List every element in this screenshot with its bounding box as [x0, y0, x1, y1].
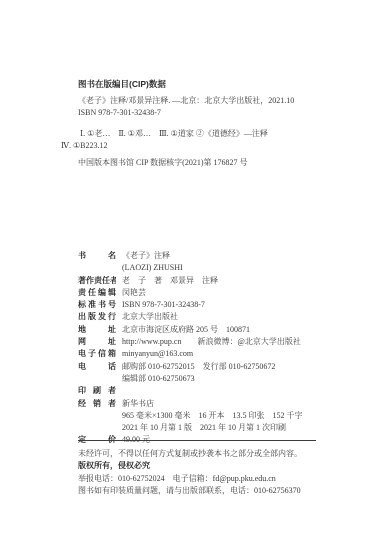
row-editor: 责任编辑 闵艳芸 [78, 287, 351, 299]
phones-line-1: 邮购部 010-62752015 发行部 010-62750672 [122, 361, 351, 373]
cip-isbn-line: ISBN 978-7-301-32438-7 [78, 107, 339, 119]
legal-notice-block: 未经许可，不得以任何方式复制或抄袭本书之部分或全部内容。 版权所有，侵权必究 举… [78, 448, 351, 498]
row-publisher: 出版发行 北京大学出版社 [78, 311, 351, 323]
colophon-table: 书名 《老子》注释 (LAOZI) ZHUSHI 著作责任者 老 子 著 邓景异… [78, 250, 351, 447]
row-label: 地址 [78, 324, 116, 336]
row-address: 地址 北京市海淀区成府路 205 号 100871 [78, 324, 351, 336]
divider-rule [78, 440, 316, 441]
editor-value: 闵艳芸 [122, 287, 351, 299]
row-distributor: 经销者 新华书店 965 毫米×1300 毫米 16 开本 13.5 印张 15… [78, 398, 351, 435]
address-value: 北京市海淀区成府路 205 号 100871 [122, 324, 351, 336]
copyright-warning: 版权所有，侵权必究 [78, 460, 351, 472]
email-value: minyanyun@163.com [122, 348, 351, 360]
row-label: 电子信箱 [78, 348, 116, 360]
row-isbn: 标准书号 ISBN 978-7-301-32438-7 [78, 299, 351, 311]
cip-data-block: 图书在版编目(CIP)数据 《老子》注释/邓景异注释. —北京：北京大学出版社，… [78, 78, 339, 169]
cip-registry-number-line: 中国版本图书馆 CIP 数据核字(2021)第 176827 号 [78, 157, 339, 169]
no-copying-notice: 未经许可，不得以任何方式复制或抄袭本书之部分或全部内容。 [78, 448, 351, 460]
row-label: 标准书号 [78, 299, 116, 311]
row-book-title: 书名 《老子》注释 (LAOZI) ZHUSHI [78, 250, 351, 275]
publisher-value: 北京大学出版社 [122, 311, 351, 323]
cip-classification-line-1: Ⅰ. ①老… Ⅱ. ①邓… Ⅲ. ①道家 ②《道德经》—注释 [80, 128, 339, 140]
row-phones: 电话 邮购部 010-62752015 发行部 010-62750672 编辑部… [78, 361, 351, 386]
printer-value [122, 385, 351, 397]
row-label: 书名 [78, 250, 116, 262]
row-label: 印刷者 [78, 385, 116, 397]
authors-value: 老 子 著 邓景异 注释 [122, 275, 351, 287]
isbn-value: ISBN 978-7-301-32438-7 [122, 299, 351, 311]
row-email: 电子信箱 minyanyun@163.com [78, 348, 351, 360]
cip-classification-line-2: Ⅳ. ①B223.12 [61, 140, 339, 152]
report-contact-line: 举报电话：010-62752024 电子信箱：fd@pup.pku.edu.cn [78, 473, 351, 485]
row-label: 出版发行 [78, 311, 116, 323]
cip-heading: 图书在版编目(CIP)数据 [78, 78, 339, 90]
distributor-value: 新华书店 [122, 398, 351, 410]
row-label: 经销者 [78, 398, 116, 410]
row-label: 电话 [78, 361, 116, 373]
row-authors: 著作责任者 老 子 著 邓景异 注释 [78, 275, 351, 287]
row-label: 著作责任者 [78, 275, 116, 287]
row-label: 责任编辑 [78, 287, 116, 299]
edition-printing-line: 2021 年 10 月第 1 版 2021 年 10 月第 1 次印刷 [122, 422, 351, 434]
book-title-pinyin: (LAOZI) ZHUSHI [122, 262, 351, 274]
website-value: http://www.pup.cn 新浪微博：@北京大学出版社 [122, 336, 351, 348]
row-website: 网址 http://www.pup.cn 新浪微博：@北京大学出版社 [78, 336, 351, 348]
row-label: 网址 [78, 336, 116, 348]
copyright-page: 图书在版编目(CIP)数据 《老子》注释/邓景异注释. —北京：北京大学出版社，… [0, 0, 375, 549]
book-title-cn: 《老子》注释 [122, 250, 351, 262]
print-quality-contact-line: 图书如有印装质量问题，请与出版部联系，电话：010-62756370 [78, 485, 351, 497]
format-spec-line: 965 毫米×1300 毫米 16 开本 13.5 印张 152 千字 [122, 410, 351, 422]
phones-line-2: 编辑部 010-62750673 [122, 373, 351, 385]
row-printer: 印刷者 [78, 385, 351, 397]
cip-record-line: 《老子》注释/邓景异注释. —北京：北京大学出版社，2021.10 [78, 95, 339, 107]
